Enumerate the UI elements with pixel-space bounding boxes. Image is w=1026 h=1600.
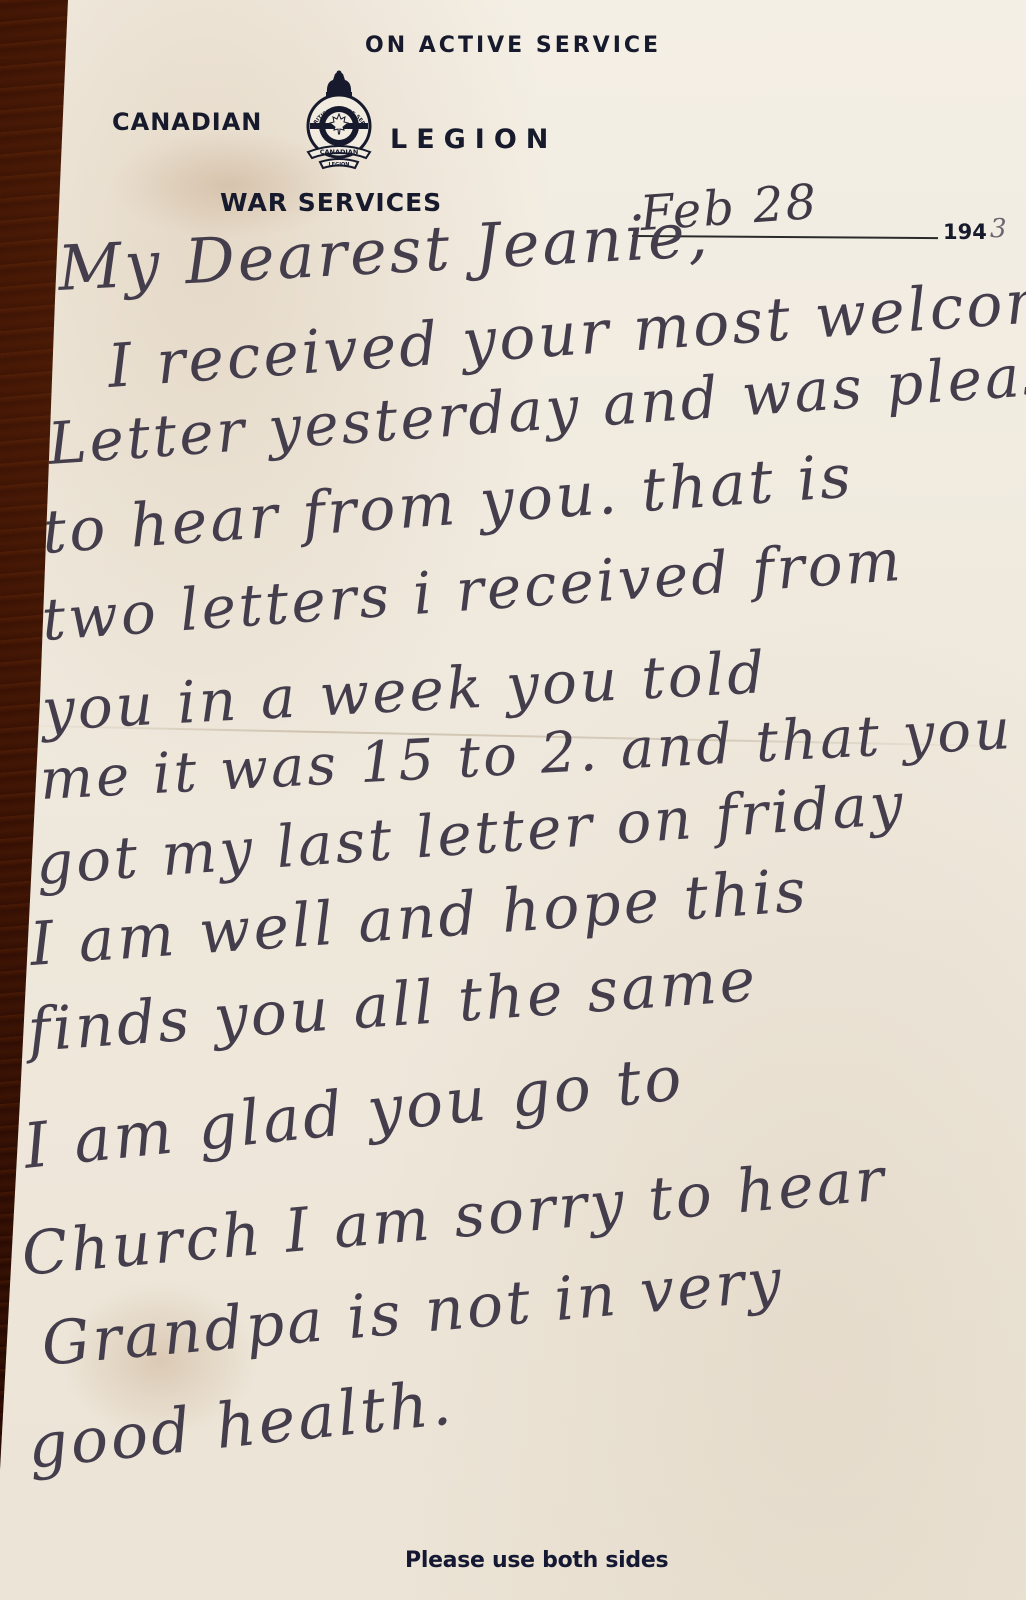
- letter-line: I am glad you go to: [20, 1041, 687, 1183]
- footer-please-use-both-sides: Please use both sides: [405, 1548, 668, 1573]
- svg-text:CANADIAN: CANADIAN: [320, 148, 359, 156]
- letterhead-on-active-service: ON ACTIVE SERVICE: [365, 33, 661, 58]
- handwritten-year-digit: 3: [990, 214, 1007, 244]
- letter-sheet: ON ACTIVE SERVICE CANADIAN BRITISH EMPIR…: [0, 0, 1026, 1600]
- legion-crest-icon: BRITISH EMPIRE SERVICE LEAGUE CANADIAN L…: [300, 70, 378, 170]
- printed-year-prefix: 194: [943, 220, 987, 244]
- svg-text:LEGION: LEGION: [328, 162, 349, 168]
- letterhead-canadian: CANADIAN: [112, 108, 262, 136]
- photo-stage: ON ACTIVE SERVICE CANADIAN BRITISH EMPIR…: [0, 0, 1026, 1600]
- letterhead-legion: LEGION: [390, 124, 557, 155]
